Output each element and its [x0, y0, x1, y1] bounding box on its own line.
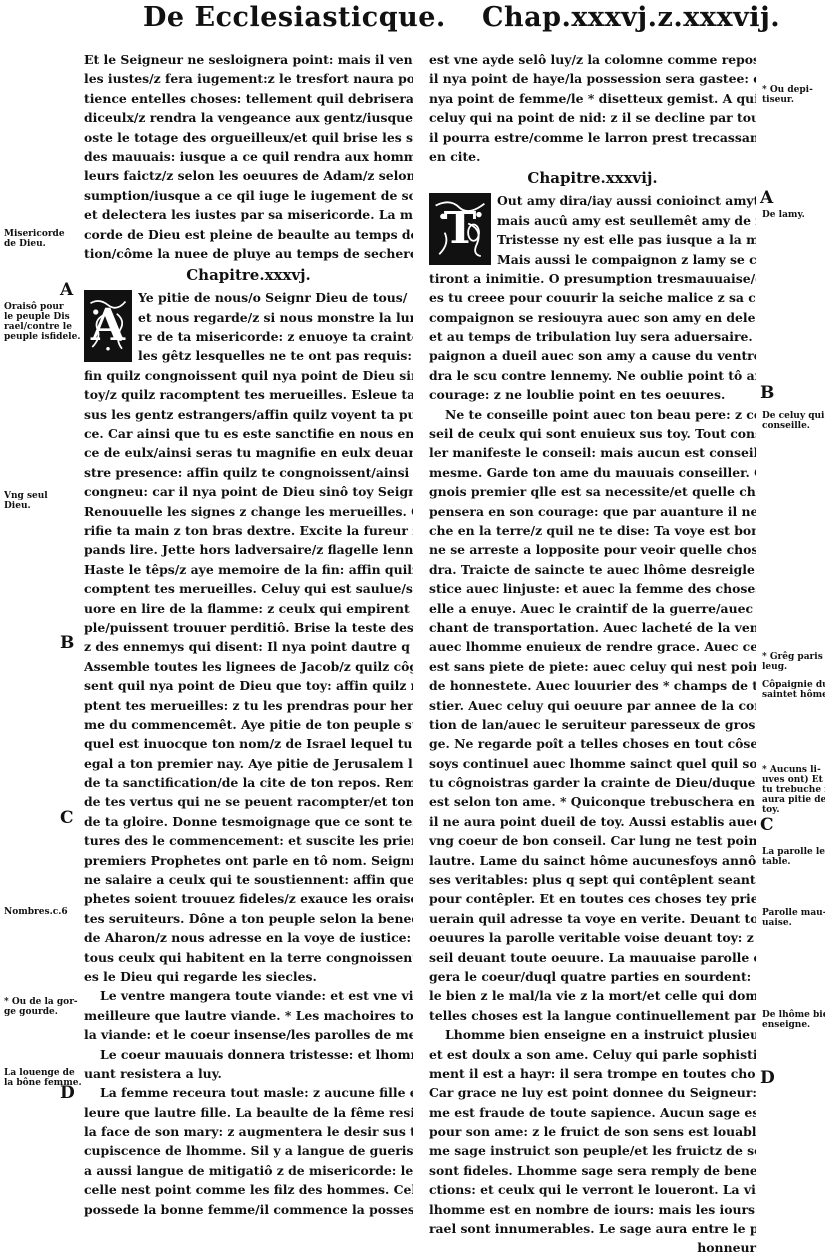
- text-line: gnois premier qlle est sa necessite/et q…: [429, 482, 756, 501]
- text-line: Le coeur mauuais donnera tristesse: et l…: [84, 1045, 413, 1064]
- margin-note-line: Côpaignie du: [762, 680, 825, 690]
- text-line: stre presence: affin quilz te congnoisse…: [84, 463, 413, 482]
- margin-note-line: De celuy qui: [762, 411, 824, 421]
- text-line: pensera en son courage: que par auanture…: [429, 502, 756, 521]
- text-line: uant resistera a luy.: [84, 1064, 413, 1083]
- text-line: diceulx/z rendra la vengeance aux gentz/…: [84, 108, 413, 127]
- text-line: pour son ame: z le fruict de son sens es…: [429, 1122, 756, 1141]
- text-line: Car grace ne luy est point donnee du Sei…: [429, 1083, 756, 1102]
- text-line: che en la terre/z quil ne te dise: Ta vo…: [429, 521, 756, 540]
- decorated-initial-a: A: [84, 290, 132, 362]
- margin-note-line: uves ont) Et: [762, 775, 825, 785]
- margin-note-line: * Ou depi-: [762, 85, 813, 95]
- section-marker-letter: A: [760, 188, 773, 208]
- margin-note: Misericordede Dieu.: [4, 229, 65, 249]
- text-line: z des ennemys qui disent: Il nya point d…: [84, 637, 413, 656]
- left-text-block-chapter-36: fin quilz congnoissent quil nya point de…: [84, 366, 413, 1219]
- margin-note: Parolle mau-uaise.: [762, 908, 825, 928]
- initial-wrapped-lines: Ye pitie de nous/o Seignr Dieu de tous/e…: [84, 288, 413, 366]
- margin-note-line: aura pitie de: [762, 795, 825, 805]
- margin-note-line: Nombres.c.6: [4, 907, 68, 917]
- text-line: es tu creee pour couurir la seiche malic…: [429, 288, 756, 307]
- chapter-37-opening: T Out amy dira/iay aussi conioinct amyti…: [429, 191, 756, 269]
- text-line: tience entelles choses: tellement quil d…: [84, 89, 413, 108]
- text-line: mais aucû amy est seullemêt amy de nom.: [497, 211, 756, 230]
- text-line: comptent tes merueilles. Celuy qui est s…: [84, 579, 413, 598]
- text-line: leurs faictz/z selon les oeuures de Adam…: [84, 166, 413, 185]
- text-line: corde de Dieu est pleine de beaulte au t…: [84, 225, 413, 244]
- text-line: Assemble toutes les lignees de Jacob/z q…: [84, 657, 413, 676]
- text-line: pour contêpler. Et en toutes ces choses …: [429, 889, 756, 908]
- text-line: compaignon se resiouyra auec son amy en …: [429, 308, 756, 327]
- text-line: est vne ayde selô luy/z la colomne comme…: [429, 50, 756, 69]
- text-line: de ta sanctification/de la cite de ton r…: [84, 773, 413, 792]
- text-line: les gêtz lesquelles ne te ont pas requis…: [138, 346, 413, 365]
- text-line: vng coeur de bon conseil. Car lung ne te…: [429, 831, 756, 850]
- margin-note-line: toy.: [762, 805, 825, 815]
- text-line: chant de transportation. Auec lacheté de…: [429, 618, 756, 637]
- margin-note: * Ou de la gor-ge gourde.: [4, 997, 78, 1017]
- text-line: le bien z le mal/la vie z la mort/et cel…: [429, 986, 756, 1005]
- margin-note: Côpaignie dusaintet hôme.: [762, 680, 825, 700]
- catchword: honneur: [429, 1238, 756, 1257]
- text-line: me est fraude de toute sapience. Aucun s…: [429, 1103, 756, 1122]
- text-line: celle nest point comme les filz des homm…: [84, 1180, 413, 1199]
- right-column: est vne ayde selô luy/z la colomne comme…: [429, 50, 756, 1257]
- text-line: stice auec linjuste: et auec la femme de…: [429, 579, 756, 598]
- right-text-block-before-chapter: est vne ayde selô luy/z la colomne comme…: [429, 50, 756, 166]
- text-line: elle a enuye. Auec le craintif de la gue…: [429, 599, 756, 618]
- section-marker-letter: D: [60, 1083, 75, 1103]
- text-line: rifie ta main z ton bras dextre. Excite …: [84, 521, 413, 540]
- margin-note: Vng seulDieu.: [4, 491, 48, 511]
- text-line: stier. Auec celuy qui oeuure par annee d…: [429, 696, 756, 715]
- margin-note-line: table.: [762, 857, 825, 867]
- left-text-block-before-chapter: Et le Seigneur ne sesloignera point: mai…: [84, 50, 413, 263]
- text-line: lautre. Lame du sainct hôme aucunesfoys …: [429, 851, 756, 870]
- margin-note-line: tu trebuche il: [762, 785, 825, 795]
- text-line: et est doulx a son ame. Celuy qui parle …: [429, 1045, 756, 1064]
- section-marker-letter: C: [60, 808, 74, 828]
- text-line: a aussi langue de mitigatiô z de miseric…: [84, 1161, 413, 1180]
- text-line: et au temps de tribulation luy sera adue…: [429, 327, 756, 346]
- margin-note: * Aucuns li-uves ont) Ettu trebuche ilau…: [762, 765, 825, 815]
- text-line: il pourra estre/comme le larron prest tr…: [429, 128, 756, 147]
- text-line: leure que lautre fille. La beaulte de la…: [84, 1103, 413, 1122]
- text-line: lhomme est en nombre de iours: mais les …: [429, 1200, 756, 1219]
- text-line: ce de eulx/ainsi seras tu magnifie en eu…: [84, 443, 413, 462]
- text-line: Tristesse ny est elle pas iusque a la mo…: [497, 230, 756, 249]
- text-line: phetes soient trouuez fideles/z exauce l…: [84, 889, 413, 908]
- text-line: mesme. Garde ton ame du mauuais conseill…: [429, 463, 756, 482]
- margin-note-line: rael/contre le: [4, 322, 80, 332]
- text-line: pands lire. Jette hors ladversaire/z fla…: [84, 540, 413, 559]
- text-line: soys continuel auec lhomme sainct quel q…: [429, 754, 756, 773]
- margin-note: De lhôme bienenseigne.: [762, 1010, 825, 1030]
- text-line: Lhomme bien enseigne en a instruict plus…: [429, 1025, 756, 1044]
- margin-note: La parolle letable.: [762, 847, 825, 867]
- margin-note: De celuy quiconseille.: [762, 411, 824, 431]
- text-line: La femme receura tout masle: z aucune fi…: [84, 1083, 413, 1102]
- text-line: est sans piete de piete: auec celuy qui …: [429, 657, 756, 676]
- margin-note-line: * Grêg paris: [762, 652, 823, 662]
- text-line: congneu: car il nya point de Dieu sinô t…: [84, 482, 413, 501]
- text-line: nya point de femme/le * disetteux gemist…: [429, 89, 756, 108]
- margin-note-line: peuple isfidele.: [4, 332, 80, 342]
- text-line: ler manifeste le conseil: mais aucun est…: [429, 443, 756, 462]
- margin-note: * Grêg parisleug.: [762, 652, 823, 672]
- chapter-36-opening: A Ye pitie de nous/o Seignr Dieu de tous…: [84, 288, 413, 366]
- text-line: Ne te conseille point auec ton beau pere…: [429, 405, 756, 424]
- text-line: Et le Seigneur ne sesloignera point: mai…: [84, 50, 413, 69]
- text-line: il nya point de haye/la possession sera …: [429, 69, 756, 88]
- text-line: en cite.: [429, 147, 756, 166]
- text-line: seil deuant toute oeuure. La mauuaise pa…: [429, 948, 756, 967]
- margin-note-line: La louenge de: [4, 1068, 82, 1078]
- text-line: me sage instruict son peuple/et les frui…: [429, 1141, 756, 1160]
- text-line: des mauuais: iusque a ce quil rendra aux…: [84, 147, 413, 166]
- text-line: de ta gloire. Donne tesmoignage que ce s…: [84, 812, 413, 831]
- text-line: quel est inuocque ton nom/z de Israel le…: [84, 734, 413, 753]
- text-line: de honnestete. Auec louurier des * champ…: [429, 676, 756, 695]
- text-line: la viande: et le coeur insense/les parol…: [84, 1025, 413, 1044]
- text-line: tous ceulx qui habitent en la terre cong…: [84, 948, 413, 967]
- margin-note: * Ou depi-tiseur.: [762, 85, 813, 105]
- left-column: Et le Seigneur ne sesloignera point: mai…: [84, 50, 413, 1219]
- margin-note-line: tiseur.: [762, 95, 813, 105]
- section-marker-letter: B: [60, 633, 74, 653]
- margin-note-line: La parolle le: [762, 847, 825, 857]
- initial-letter: T: [432, 196, 488, 262]
- text-line: cupiscence de lhomme. Sil y a langue de …: [84, 1141, 413, 1160]
- right-text-block-chapter-37: tiront a inimitie. O presumption tresmau…: [429, 269, 756, 1257]
- section-marker-letter: A: [60, 280, 73, 300]
- text-line: uore en lire de la flamme: z ceulx qui e…: [84, 599, 413, 618]
- text-line: uerain quil adresse ta voye en verite. D…: [429, 909, 756, 928]
- text-line: tiront a inimitie. O presumption tresmau…: [429, 269, 756, 288]
- section-marker-letter: C: [760, 815, 774, 835]
- text-line: seil de ceulx qui sont enuieux sus toy. …: [429, 424, 756, 443]
- margin-note-line: de Dieu.: [4, 239, 65, 249]
- text-line: Renouuelle les signes z change les merue…: [84, 502, 413, 521]
- section-marker-letter: D: [760, 1068, 775, 1088]
- text-line: il ne aura point dueil de toy. Aussi est…: [429, 812, 756, 831]
- text-line: re de ta misericorde: z enuoye ta craint…: [138, 327, 413, 346]
- text-line: meilleure que lautre viande. * Les macho…: [84, 1006, 413, 1025]
- margin-note-line: * Ou de la gor-: [4, 997, 78, 1007]
- text-line: es le Dieu qui regarde les siecles.: [84, 967, 413, 986]
- margin-note-line: Dieu.: [4, 501, 48, 511]
- text-line: Mais aussi le compaignon z lamy se côuer: [497, 250, 756, 269]
- text-line: dra. Traicte de saincte te auec lhôme de…: [429, 560, 756, 579]
- margin-note-line: enseigne.: [762, 1020, 825, 1030]
- text-line: Out amy dira/iay aussi conioinct amytie:: [497, 191, 756, 210]
- text-line: rael sont innumerables. Le sage aura ent…: [429, 1219, 756, 1238]
- text-line: premiers Prophetes ont parle en tô nom. …: [84, 851, 413, 870]
- text-line: Ye pitie de nous/o Seignr Dieu de tous/: [138, 288, 413, 307]
- margin-note-line: Vng seul: [4, 491, 48, 501]
- text-line: ment il est a hayr: il sera trompe en to…: [429, 1064, 756, 1083]
- text-line: courage: z ne loublie point en tes oeuur…: [429, 385, 756, 404]
- text-line: ne se arreste a lopposite pour veoir que…: [429, 540, 756, 559]
- running-head-left: De Ecclesiasticque.: [143, 2, 446, 33]
- text-line: me du commencemêt. Aye pitie de ton peup…: [84, 715, 413, 734]
- chapter-heading-37: Chapitre.xxxvij.: [429, 166, 756, 191]
- text-line: possede la bonne femme/il commence la po…: [84, 1200, 413, 1219]
- running-head-right: Chap.xxxvj.z.xxxvij.: [482, 2, 780, 33]
- book-page: De Ecclesiasticque. Chap.xxxvj.z.xxxvij.…: [0, 0, 825, 1257]
- text-line: de tes vertus qui ne se peuent racompter…: [84, 792, 413, 811]
- margin-note-line: leug.: [762, 662, 823, 672]
- margin-note: Nombres.c.6: [4, 907, 68, 917]
- margin-note-line: De lhôme bien: [762, 1010, 825, 1020]
- margin-note: De lamy.: [762, 210, 805, 220]
- text-line: ctions: et ceulx qui le verront le louer…: [429, 1180, 756, 1199]
- margin-note-line: conseille.: [762, 421, 824, 431]
- text-line: ptent tes merueilles: z tu les prendras …: [84, 696, 413, 715]
- text-line: oste le totage des orgueilleux/et quil b…: [84, 128, 413, 147]
- margin-note-line: uaise.: [762, 918, 825, 928]
- text-line: et nous regarde/z si nous monstre la lum…: [138, 308, 413, 327]
- text-line: dra le scu contre lennemy. Ne oublie poi…: [429, 366, 756, 385]
- section-marker-letter: B: [760, 383, 774, 403]
- initial-letter: A: [87, 293, 129, 359]
- margin-note-line: Misericorde: [4, 229, 65, 239]
- decorated-initial-t: T: [429, 193, 491, 265]
- text-line: et delectera les iustes par sa misericor…: [84, 205, 413, 224]
- text-line: ses veritables: plus q sept qui contêple…: [429, 870, 756, 889]
- text-line: sont fideles. Lhomme sage sera remply de…: [429, 1161, 756, 1180]
- text-line: tu côgnoistras garder la crainte de Dieu…: [429, 773, 756, 792]
- text-line: oeuures la parolle veritable voise deuan…: [429, 928, 756, 947]
- margin-note-line: ge gourde.: [4, 1007, 78, 1017]
- chapter-heading-36: Chapitre.xxxvj.: [84, 263, 413, 288]
- margin-note-line: De lamy.: [762, 210, 805, 220]
- text-line: Le ventre mangera toute viande: et est v…: [84, 986, 413, 1005]
- text-line: ce. Car ainsi que tu es este sanctifie e…: [84, 424, 413, 443]
- text-line: tion/côme la nuee de pluye au temps de s…: [84, 244, 413, 263]
- text-line: egal a ton premier nay. Aye pitie de Jer…: [84, 754, 413, 773]
- text-line: telles choses est la langue continuellem…: [429, 1006, 756, 1025]
- text-line: tures des le commencement: et suscite le…: [84, 831, 413, 850]
- text-line: sumption/iusque a ce qil iuge le iugemen…: [84, 186, 413, 205]
- text-line: Haste le têps/z aye memoire de la fin: a…: [84, 560, 413, 579]
- text-line: auec lhomme enuieux de rendre grace. Aue…: [429, 637, 756, 656]
- text-line: sent quil nya point de Dieu que toy: aff…: [84, 676, 413, 695]
- text-line: la face de son mary: z augmentera le des…: [84, 1122, 413, 1141]
- text-line: ge. Ne regarde poît a telles choses en t…: [429, 734, 756, 753]
- margin-note-line: saintet hôme.: [762, 690, 825, 700]
- text-line: fin quilz congnoissent quil nya point de…: [84, 366, 413, 385]
- text-line: tes seruiteurs. Dône a ton peuple selon …: [84, 909, 413, 928]
- margin-note-line: * Aucuns li-: [762, 765, 825, 775]
- margin-note: Oraisô pourle peuple Disrael/contre lepe…: [4, 302, 80, 342]
- text-line: ple/puissent trouuer perditiô. Brise la …: [84, 618, 413, 637]
- margin-note-line: Oraisô pour: [4, 302, 80, 312]
- text-line: les iustes/z fera iugement:z le tresfort…: [84, 69, 413, 88]
- margin-note-line: Parolle mau-: [762, 908, 825, 918]
- text-line: toy/z quilz racomptent tes merueilles. E…: [84, 385, 413, 404]
- margin-note-line: le peuple Dis: [4, 312, 80, 322]
- text-line: ne salaire a ceulx qui te soustiennent: …: [84, 870, 413, 889]
- text-line: tion de lan/auec le seruiteur paresseux …: [429, 715, 756, 734]
- text-line: sus les gentz estrangers/affin quilz voy…: [84, 405, 413, 424]
- text-line: est selon ton ame. * Quiconque trebusche…: [429, 792, 756, 811]
- text-line: celuy qui na point de nid: z il se decli…: [429, 108, 756, 127]
- text-line: paignon a dueil auec son amy a cause du …: [429, 346, 756, 365]
- text-line: gera le coeur/duql quatre parties en sou…: [429, 967, 756, 986]
- text-line: de Aharon/z nous adresse en la voye de i…: [84, 928, 413, 947]
